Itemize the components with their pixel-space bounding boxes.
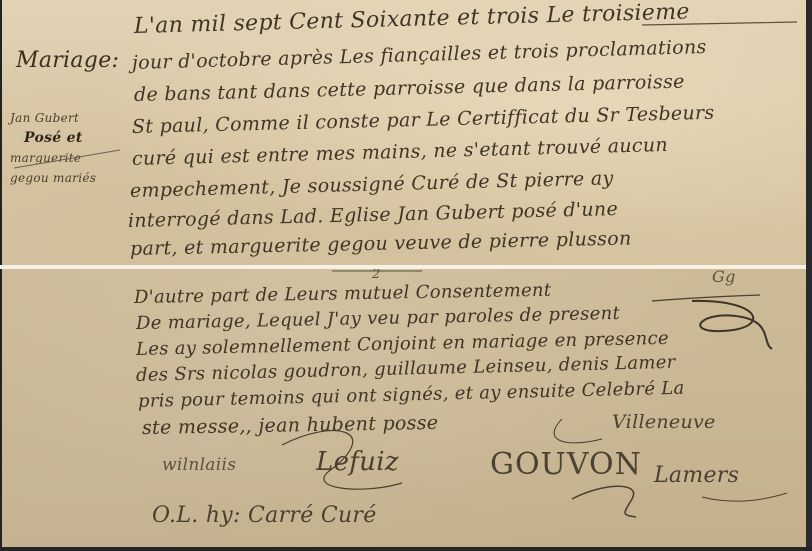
register-page-top: Mariage: Jan Gubert Posé et marguerite g… xyxy=(2,0,806,265)
viewer-frame-right xyxy=(806,0,812,551)
viewer-frame-bottom xyxy=(0,547,812,551)
signature-flourishes xyxy=(2,269,806,547)
register-page-bottom: 2 Gg D'autre part de Leurs mutuel Consen… xyxy=(2,269,806,547)
document-viewer: Mariage: Jan Gubert Posé et marguerite g… xyxy=(0,0,812,551)
ink-underline-strokes xyxy=(2,0,806,265)
